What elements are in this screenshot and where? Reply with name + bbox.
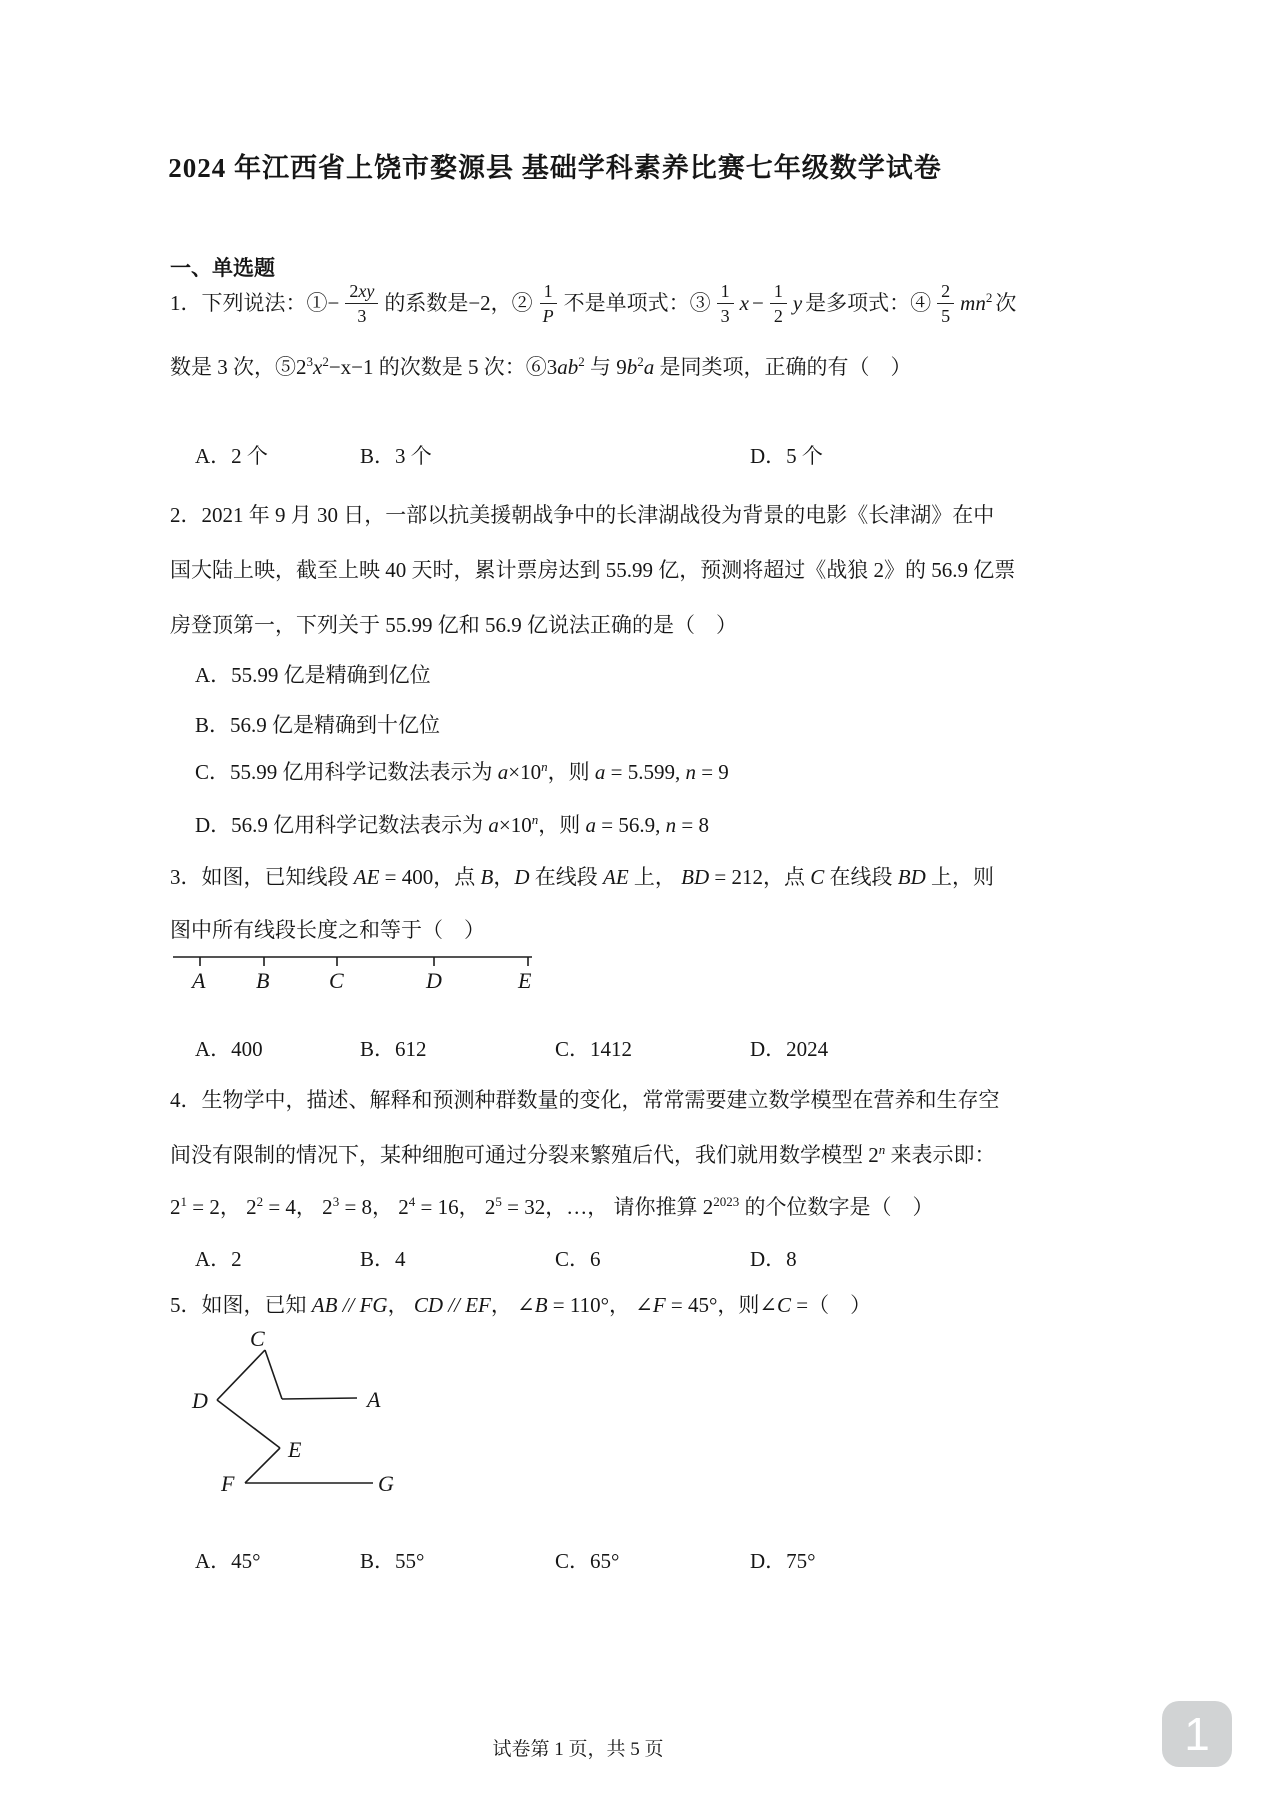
- q4-line-1: 4．生物学中，描述、解释和预测种群数量的变化，常常需要建立数学模型在营养和生存空: [170, 1085, 1000, 1115]
- q3-option-d: D．2024: [750, 1033, 828, 1063]
- q4-option-d: D．8: [750, 1243, 797, 1273]
- q3-option-b: B．612: [360, 1033, 427, 1063]
- point-label-c: C: [329, 968, 344, 994]
- q5-option-a: A．45°: [195, 1545, 261, 1575]
- q4-line-2: 间没有限制的情况下，某种细胞可通过分裂来繁殖后代，我们就用数学模型 2n 来表示…: [170, 1140, 996, 1170]
- q2-option-b: B．56.9 亿是精确到十亿位: [195, 710, 440, 740]
- page-footer: 试卷第 1 页，共 5 页: [170, 1734, 986, 1761]
- q2-line-1: 2．2021 年 9 月 30 日，一部以抗美援朝战争中的长津湖战役为背景的电影…: [170, 500, 994, 530]
- angle-figure: C D A E F G: [150, 1332, 430, 1512]
- exam-title: 2024 年江西省上饶市婺源县 基础学科素养比赛七年级数学试卷: [0, 146, 1110, 185]
- angle-figure-drawing: [150, 1332, 410, 1497]
- fraction: 12: [770, 282, 787, 325]
- q5-option-d: D．75°: [750, 1545, 816, 1575]
- q2-line-3: 房登顶第一，下列关于 55.99 亿和 56.9 亿说法正确的是（ ）: [170, 610, 737, 640]
- q1-line-2: 数是 3 次，⑤23x2−x−1 的次数是 5 次：⑥3ab2 与 9b2a 是…: [170, 352, 912, 382]
- q4-option-b: B．4: [360, 1243, 406, 1273]
- point-label-d: D: [426, 968, 442, 994]
- q2-line-2: 国大陆上映，截至上映 40 天时，累计票房达到 55.99 亿，预测将超过《战狼…: [170, 555, 1015, 585]
- q5-options: A．45° B．55° C．65° D．75°: [170, 1545, 990, 1575]
- q5-line-1: 5．如图，已知 AB // FG， CD // EF， ∠B = 110°， ∠…: [170, 1290, 871, 1320]
- q2-option-c: C．55.99 亿用科学记数法表示为 a×10n，则 a = 5.599, n …: [195, 757, 729, 787]
- fraction: 25: [937, 282, 954, 325]
- point-label-c: C: [250, 1326, 265, 1352]
- exam-page: 2024 年江西省上饶市婺源县 基础学科素养比赛七年级数学试卷 一、单选题 1．…: [0, 0, 1280, 1810]
- q4-options: A．2 B．4 C．6 D．8: [170, 1243, 990, 1273]
- q3-option-a: A．400: [195, 1033, 263, 1063]
- point-label-a: A: [367, 1387, 380, 1413]
- fraction: 2xy3: [345, 282, 378, 325]
- q3-line-1: 3．如图，已知线段 AE = 400，点 B，D 在线段 AE 上， BD = …: [170, 862, 994, 892]
- q1-line-1: 1．下列说法：①−2xy3的系数是−2，②1P不是单项式：③13x−12y是多项…: [170, 282, 1016, 325]
- q1-option-d: D．5 个: [750, 440, 823, 470]
- segment-line-drawing: [170, 950, 540, 972]
- point-label-e: E: [518, 968, 531, 994]
- point-label-b: B: [256, 968, 269, 994]
- q1-options: A．2 个 B．3 个 D．5 个: [170, 440, 990, 470]
- point-label-g: G: [378, 1471, 394, 1497]
- q4-line-3: 21 = 2， 22 = 4， 23 = 8， 24 = 16， 25 = 32…: [170, 1192, 933, 1222]
- q2-option-a: A．55.99 亿是精确到亿位: [195, 660, 431, 690]
- point-label-e: E: [288, 1437, 301, 1463]
- q4-option-a: A．2: [195, 1243, 242, 1273]
- q5-option-b: B．55°: [360, 1545, 424, 1575]
- section-heading: 一、单选题: [170, 252, 275, 282]
- q3-option-c: C．1412: [555, 1033, 632, 1063]
- point-label-f: F: [221, 1471, 234, 1497]
- q2-option-d: D．56.9 亿用科学记数法表示为 a×10n，则 a = 56.9, n = …: [195, 810, 709, 840]
- q3-options: A．400 B．612 C．1412 D．2024: [170, 1033, 990, 1063]
- q1-option-a: A．2 个: [195, 440, 268, 470]
- q4-option-c: C．6: [555, 1243, 601, 1273]
- point-label-d: D: [192, 1388, 208, 1414]
- q3-line-2: 图中所有线段长度之和等于（ ）: [170, 915, 485, 945]
- fraction: 13: [717, 282, 734, 325]
- point-label-a: A: [192, 968, 205, 994]
- fraction: 1P: [539, 282, 558, 325]
- segment-figure: A B C D E: [170, 950, 550, 1005]
- q1-option-b: B．3 个: [360, 440, 432, 470]
- page-number-badge: 1: [1162, 1701, 1232, 1767]
- q5-option-c: C．65°: [555, 1545, 619, 1575]
